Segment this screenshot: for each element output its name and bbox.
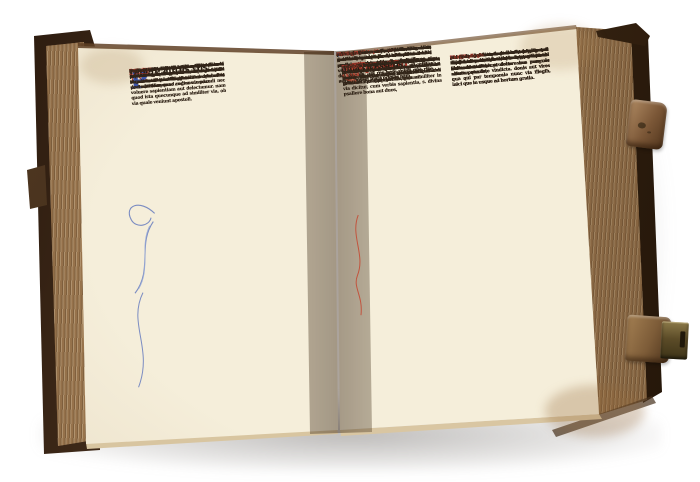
right-page-columns: fecit ea magis alterius que veraciter vi… <box>341 47 576 382</box>
photo-of-open-incunable-book: ut firmaret. sed a festis eo que ad boni… <box>0 0 700 482</box>
left-page-text: ut firmaret. sed a festis eo que ad boni… <box>129 53 354 392</box>
top-clasp-strap <box>625 99 667 150</box>
bottom-clasp-brass-catch <box>660 321 689 359</box>
age-stain-bottom-right <box>545 385 645 437</box>
right-page-text: Capitulū.VILectio.LXXVI fecit ea magis a… <box>341 46 579 399</box>
